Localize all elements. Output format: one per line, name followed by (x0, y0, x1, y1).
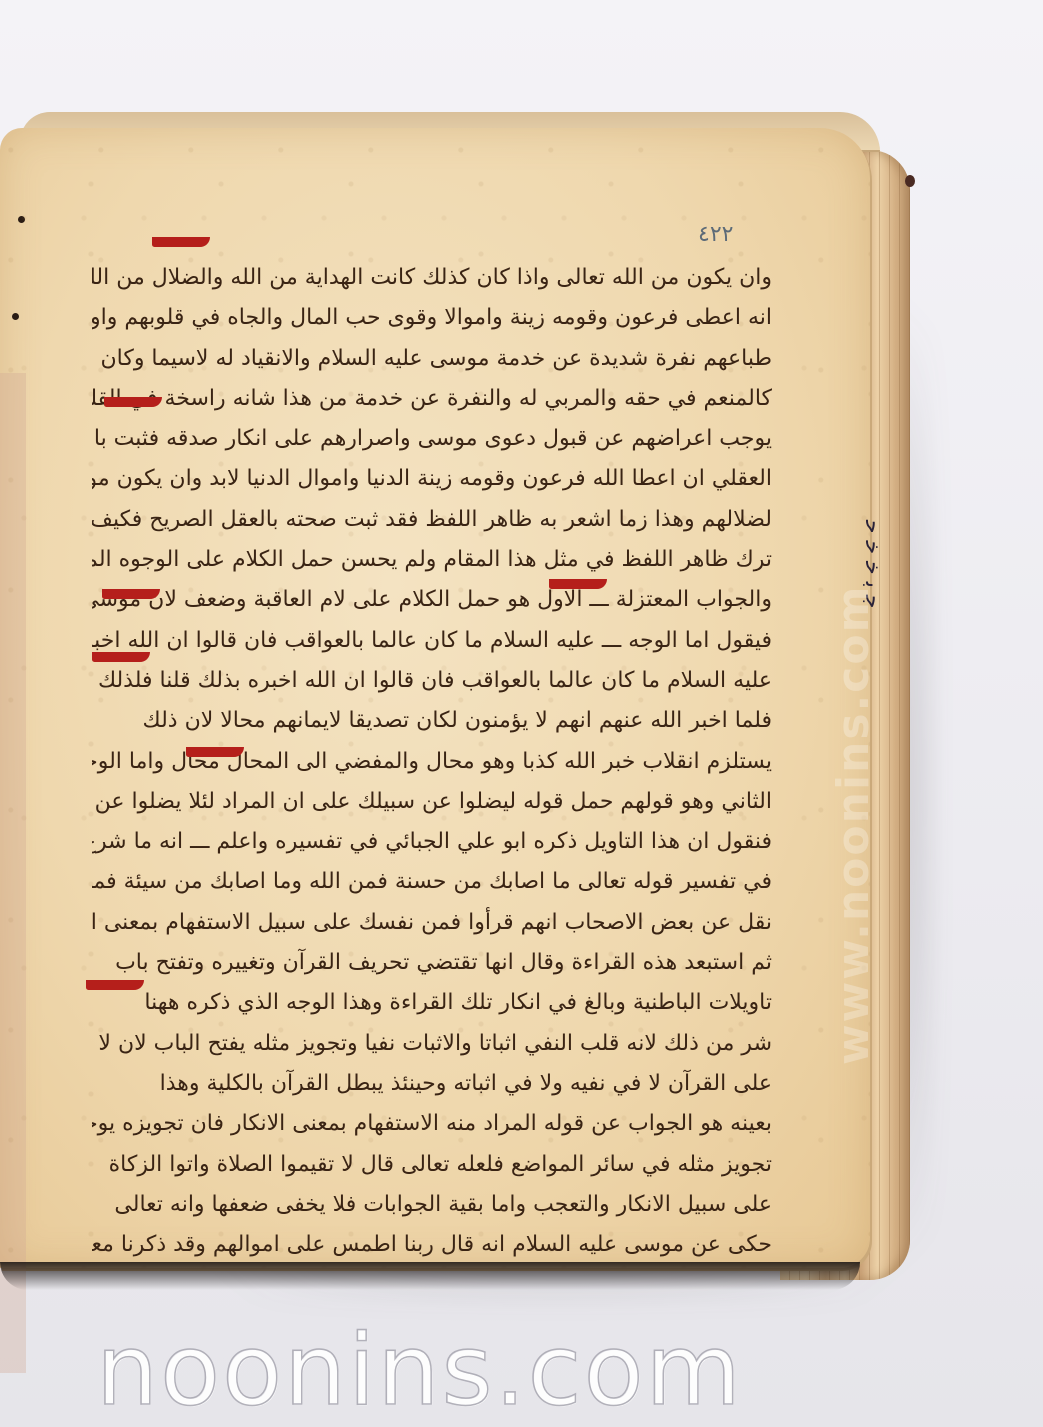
manuscript-text-block: وان يكون من الله تعالى واذا كان كذلك كان… (92, 258, 772, 1265)
margin-dot (18, 216, 25, 223)
text-line: عليه السلام ما كان عالما بالعواقب فان قا… (92, 661, 772, 701)
text-line: على القرآن لا في نفيه ولا في اثباته وحين… (92, 1064, 772, 1104)
text-line: لضلالهم وهذا زما اشعر به ظاهر اللفظ فقد … (92, 500, 772, 540)
text-line: الثاني وهو قولهم حمل قوله ليضلوا عن سبيل… (92, 782, 772, 822)
bottom-watermark: noonins.com (96, 1316, 716, 1426)
folio-number: ٤٢٢ (698, 222, 733, 247)
text-line: فيقول اما الوجه ـــ عليه السلام ما كان ع… (92, 621, 772, 661)
rubric-marker (549, 579, 607, 589)
text-line: ترك ظاهر اللفظ في مثل هذا المقام ولم يحس… (92, 540, 772, 580)
text-line: ثم استبعد هذه القراءة وقال انها تقتضي تح… (92, 943, 772, 983)
text-line: طباعهم نفرة شديدة عن خدمة موسى عليه السل… (92, 339, 772, 379)
text-line: تجويز مثله في سائر المواضع فلعله تعالى ق… (92, 1145, 772, 1185)
text-line: شر من ذلك لانه قلب النفي اثباتا والاثبات… (92, 1024, 772, 1064)
text-line: في تفسير قوله تعالى ما اصابك من حسنة فمن… (92, 862, 772, 902)
text-line: كالمنعم في حقه والمربي له والنفرة عن خدم… (92, 379, 772, 419)
text-line: تاويلات الباطنية وبالغ في انكار تلك القر… (92, 983, 772, 1023)
bottom-shadow (0, 1262, 860, 1290)
rubric-marker (92, 652, 150, 662)
text-line: العقلي ان اعطا الله فرعون وقومه زينة الد… (92, 459, 772, 499)
text-line: والجواب المعتزلة ـــ الاول هو حمل الكلام… (92, 580, 772, 620)
manuscript-photo: ٤٢٢ وان يكون من الله تعالى واذا كان كذلك… (0, 0, 1043, 1427)
text-line: نقل عن بعض الاصحاب انهم قرأوا فمن نفسك ع… (92, 903, 772, 943)
text-line: بعينه هو الجواب عن قوله المراد منه الاست… (92, 1104, 772, 1144)
rubric-marker (186, 747, 244, 757)
rubric-marker (152, 237, 210, 247)
margin-dot (12, 313, 19, 320)
left-margin-band (0, 373, 26, 1373)
text-line: فنقول ان هذا التاويل ذكره ابو علي الجبائ… (92, 822, 772, 862)
text-line: فلما اخبر الله عنهم انهم لا يؤمنون لكان … (92, 701, 772, 741)
text-line: يوجب اعراضهم عن قبول دعوى موسى واصرارهم … (92, 419, 772, 459)
rubric-marker (104, 397, 162, 407)
text-line: حكى عن موسى عليه السلام انه قال ربنا اطم… (92, 1225, 772, 1265)
text-line: انه اعطى فرعون وقومه زينة واموالا وقوى ح… (92, 298, 772, 338)
side-watermark: www.noonins.com (828, 430, 888, 1220)
binding-mark (905, 175, 915, 187)
rubric-marker (86, 980, 144, 990)
text-line: وان يكون من الله تعالى واذا كان كذلك كان… (92, 258, 772, 298)
text-line: على سبيل الانكار والتعجب واما بقية الجوا… (92, 1185, 772, 1225)
rubric-marker (102, 589, 160, 599)
